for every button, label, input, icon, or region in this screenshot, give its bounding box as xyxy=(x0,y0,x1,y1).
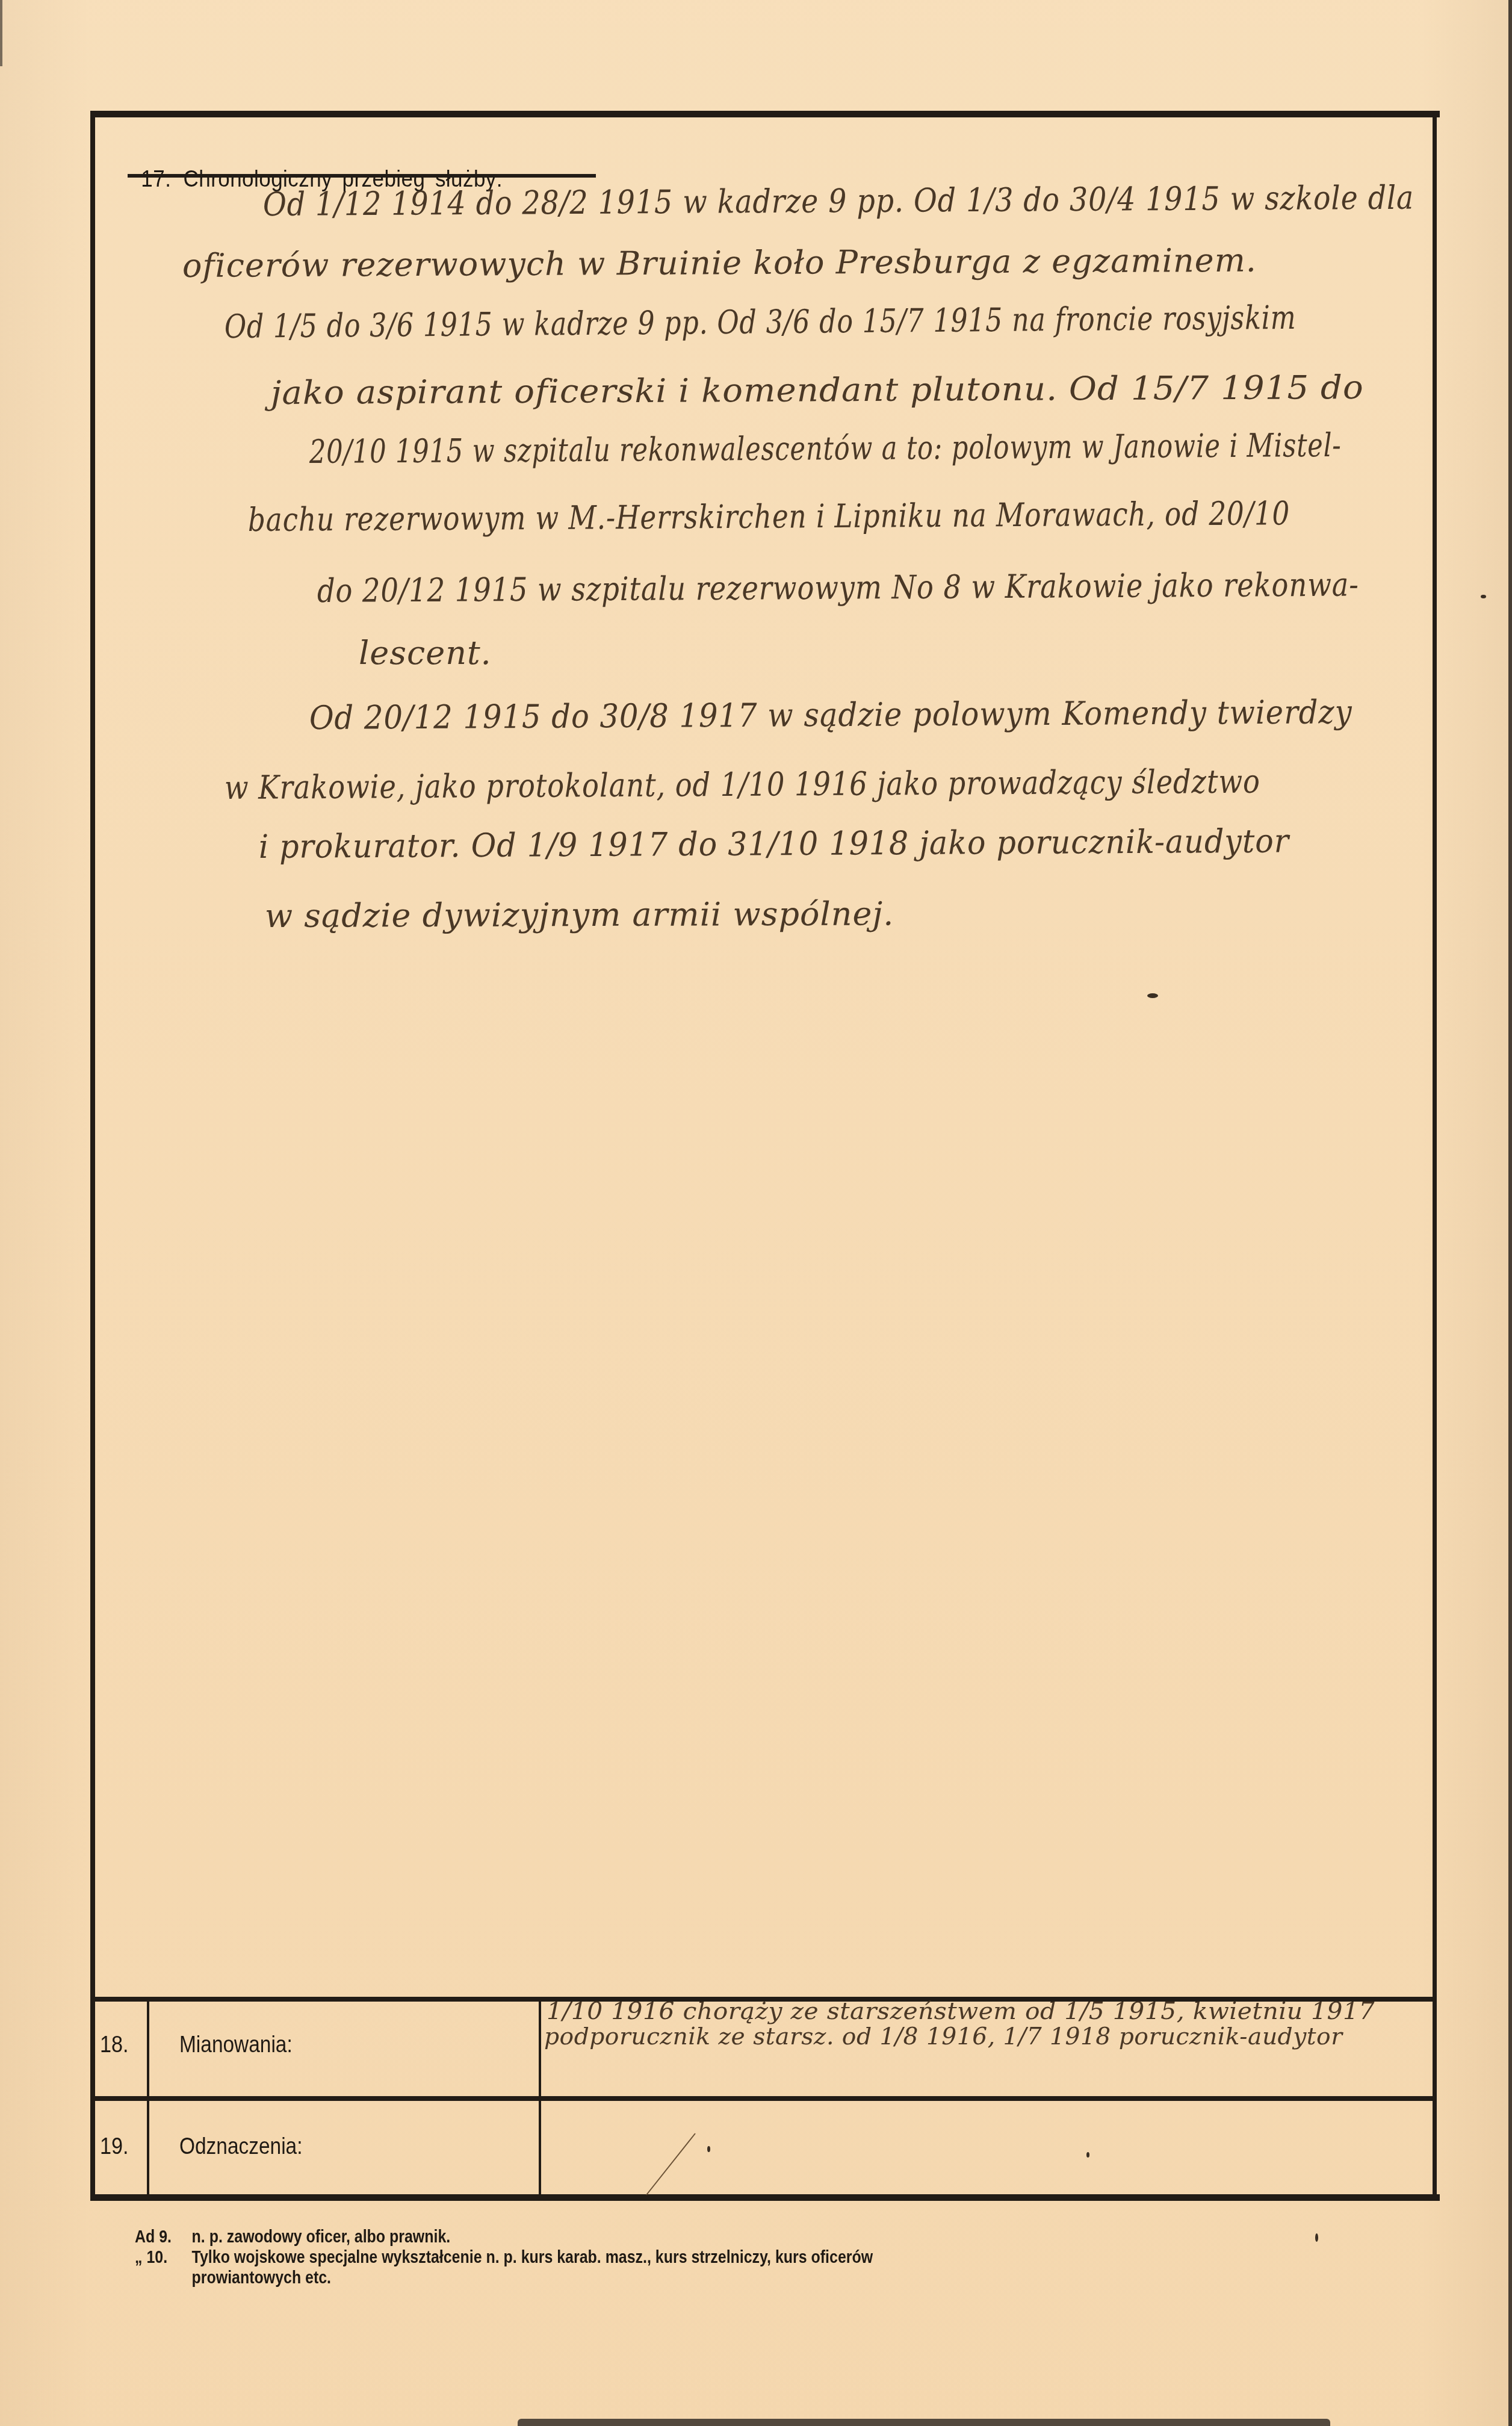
scan-edge-right xyxy=(1508,0,1512,2426)
scan-edge-bottom xyxy=(518,2419,1330,2426)
handwritten-line: lescent. xyxy=(359,634,492,672)
handwritten-line: bachu rezerwowym w M.-Herrskirchen i Lip… xyxy=(248,494,1290,539)
frame-right-rule xyxy=(1433,111,1437,2201)
row-19-top-rule xyxy=(90,2096,1436,2101)
footnote-text: Tylko wojskowe specjalne wykształcenie n… xyxy=(192,2248,873,2267)
frame-left-rule xyxy=(90,111,95,2201)
frame-top-rule xyxy=(90,111,1440,117)
section-17-number: 17. xyxy=(141,167,171,192)
row-18-handwritten-line: 1/10 1916 chorąży ze starszeństwem od 1/… xyxy=(547,1997,1375,2025)
row-19-label: Odznaczenia: xyxy=(179,2134,302,2160)
footnote-text: n. p. zawodowy oficer, albo prawnik. xyxy=(192,2227,451,2247)
footnote-text: prowiantowych etc. xyxy=(192,2268,331,2288)
section-17-title-underline xyxy=(128,174,596,178)
row-19-number: 19. xyxy=(100,2134,129,2160)
footnote: prowiantowych etc. xyxy=(135,2268,331,2288)
handwritten-line: Od 1/5 do 3/6 1915 w kadrze 9 pp. Od 3/6… xyxy=(225,299,1297,346)
footnote: „ 10.Tylko wojskowe specjalne wykształce… xyxy=(135,2248,873,2268)
paper-speck xyxy=(1147,993,1158,998)
row-19-strike-mark xyxy=(644,2131,698,2197)
label-column-divider xyxy=(539,2000,541,2196)
frame-bottom-rule xyxy=(90,2194,1440,2201)
row-18-handwritten-line: podporucznik ze starsz. od 1/8 1916, 1/7… xyxy=(544,2023,1342,2050)
handwritten-line: Od 20/12 1915 do 30/8 1917 w sądzie polo… xyxy=(309,693,1352,737)
paper-speck xyxy=(1086,2152,1089,2158)
scan-edge-left xyxy=(0,0,2,66)
footnote-marker: „ 10. xyxy=(135,2248,192,2268)
paper-speck xyxy=(1315,2233,1318,2242)
handwritten-line: w sądzie dywizyjnym armii wspólnej. xyxy=(265,895,894,935)
handwritten-line: 20/10 1915 w szpitalu rekonwalescentów a… xyxy=(309,426,1342,471)
handwritten-line: do 20/12 1915 w szpitalu rezerwowym No 8… xyxy=(317,565,1359,610)
handwritten-line: Od 1/12 1914 do 28/2 1915 w kadrze 9 pp.… xyxy=(263,179,1414,223)
footnote-marker: Ad 9. xyxy=(135,2227,192,2247)
row-18-number: 18. xyxy=(100,2032,129,2058)
handwritten-line: w Krakowie, jako protokolant, od 1/10 19… xyxy=(225,763,1260,807)
paper-speck xyxy=(1481,595,1486,598)
handwritten-line: oficerów rezerwowych w Bruinie koło Pres… xyxy=(182,241,1257,285)
handwritten-line: jako aspirant oficerski i komendant plut… xyxy=(271,368,1364,412)
footnote: Ad 9.n. p. zawodowy oficer, albo prawnik… xyxy=(135,2227,450,2247)
row-18-label: Mianowania: xyxy=(179,2032,293,2058)
handwritten-line: i prokurator. Od 1/9 1917 do 31/10 1918 … xyxy=(259,822,1289,866)
number-column-divider xyxy=(147,2000,149,2196)
paper-speck xyxy=(707,2146,710,2152)
